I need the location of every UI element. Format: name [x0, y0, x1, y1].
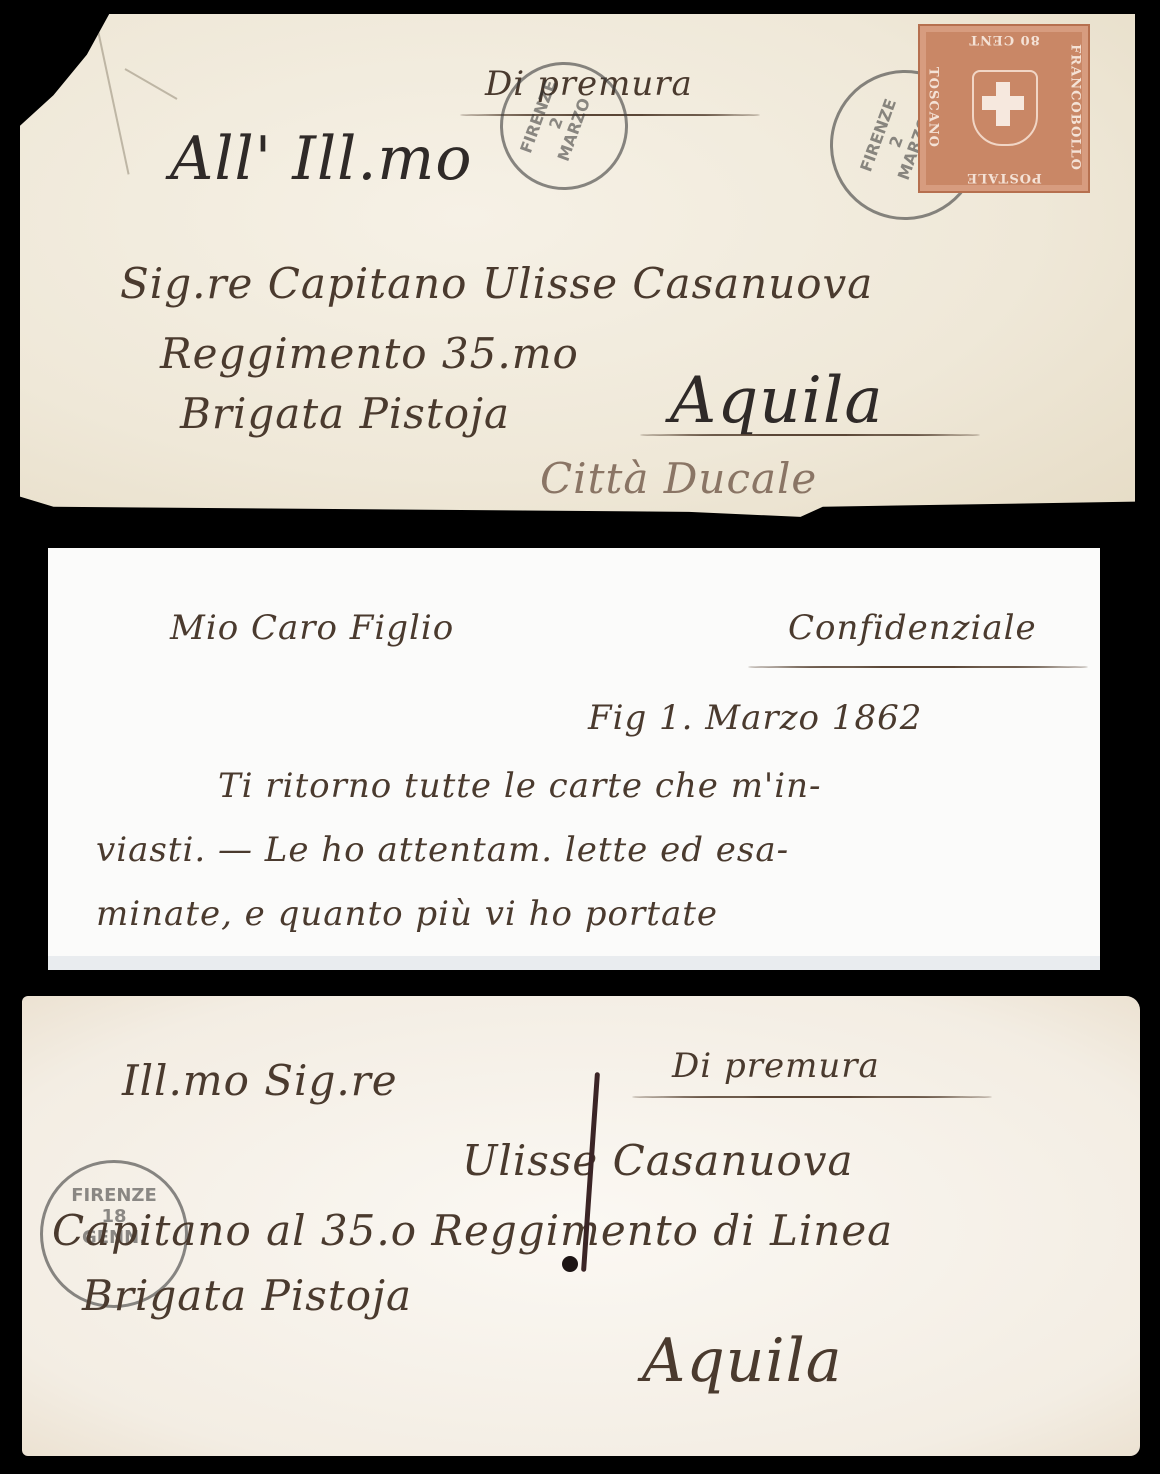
destination-city: Aquila	[642, 1326, 843, 1396]
letter-salutation: Mio Caro Figlio	[170, 608, 454, 648]
brigade-line: Brigata Pistoja	[180, 389, 510, 438]
annotation-underline	[632, 1096, 992, 1098]
letter-body-line: viasti. — Le ho attentam. lette ed esa-	[96, 830, 789, 870]
city-underline	[640, 434, 980, 436]
regiment-line: Reggimento 35.mo	[160, 329, 579, 378]
brigade-line: Brigata Pistoja	[82, 1271, 412, 1320]
letter-body-line: Ti ritorno tutte le carte che m'in-	[218, 766, 822, 806]
confidential-annotation: Confidenziale	[788, 608, 1037, 648]
city-note: Città Ducale	[540, 454, 817, 503]
stamp-left-text: TOSCANO	[926, 43, 941, 173]
addressee-line: Ulisse Casanuova	[462, 1136, 854, 1185]
letter-body-line: minate, e quanto più vi ho portate	[96, 894, 718, 934]
urgent-annotation: Di premura	[672, 1046, 880, 1086]
stamp-bottom-text: POSTALE	[920, 170, 1088, 185]
envelope-top: Di premura FIRENZE 2 MARZO FIRENZE 2 MAR…	[20, 14, 1135, 522]
annotation-underline	[748, 666, 1088, 668]
stamp-right-text: FRANCOBOLLO	[1068, 43, 1083, 173]
addressee-line: Sig.re Capitano Ulisse Casanuova	[120, 259, 873, 308]
ink-blot	[562, 1256, 578, 1272]
date-line: Fig 1. Marzo 1862	[588, 698, 922, 738]
rank-line: Capitano al 35.o Reggimento di Linea	[52, 1206, 893, 1255]
salutation: All' Ill.mo	[170, 124, 472, 194]
cross-icon	[982, 96, 1024, 110]
postage-stamp: 80 CENT POSTALE TOSCANO FRANCOBOLLO	[918, 24, 1090, 193]
salutation: Ill.mo Sig.re	[122, 1056, 398, 1105]
stamp-value: 80 CENT	[920, 32, 1088, 47]
paper-crease	[125, 68, 178, 100]
destination-city: Aquila	[670, 364, 884, 438]
paper-crease	[96, 27, 129, 174]
envelope-bottom: Ill.mo Sig.re Di premura FIRENZE 18 GENN…	[22, 996, 1140, 1456]
letter-page: Mio Caro Figlio Confidenziale Fig 1. Mar…	[48, 548, 1100, 970]
